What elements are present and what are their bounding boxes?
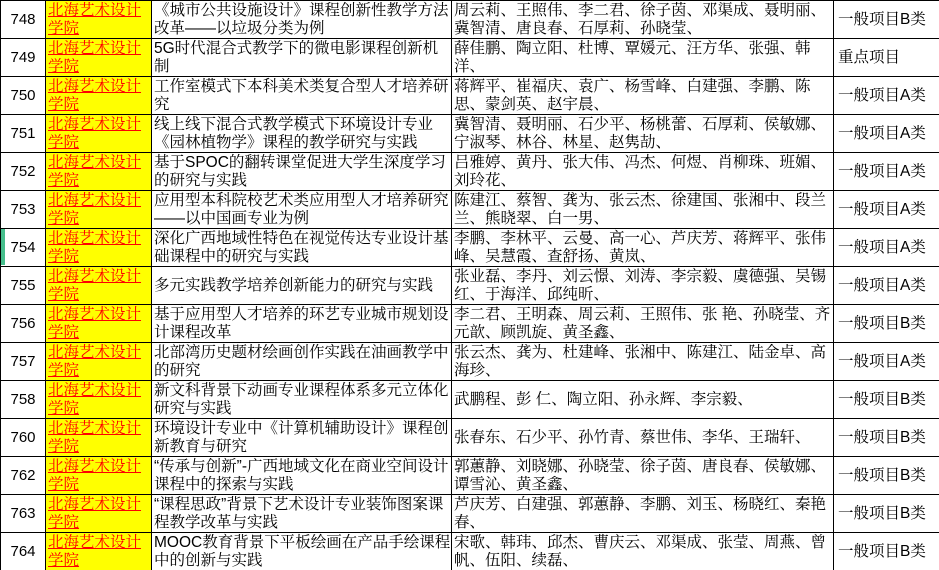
institution-name: 北海艺术设计学院 (48, 192, 151, 228)
team-members-cell[interactable]: 吕雅婷、黄丹、张大伟、冯杰、何煜、肖柳珠、班媚、刘玲花、 (452, 153, 834, 191)
row-number-cell[interactable]: 755 (1, 267, 46, 305)
project-category: 一般项目B类 (838, 391, 926, 409)
project-title-cell[interactable]: 基于应用型人才培养的环艺专业城市规划设计课程改革 (152, 305, 452, 343)
spreadsheet-view: 748北海艺术设计学院《城市公共设施设计》课程创新性教学方法改革——以垃圾分类为… (0, 0, 939, 570)
institution-cell[interactable]: 北海艺术设计学院 (46, 419, 152, 457)
institution-name: 北海艺术设计学院 (48, 534, 151, 570)
project-title-cell[interactable]: 《城市公共设施设计》课程创新性教学方法改革——以垃圾分类为例 (152, 1, 452, 39)
project-title: “传承与创新”-广西地域文化在商业空间设计课程中的探索与实践 (154, 458, 451, 494)
project-title-cell[interactable]: 应用型本科院校艺术类应用型人才培养研究——以中国画专业为例 (152, 191, 452, 229)
row-number-cell[interactable]: 756 (1, 305, 46, 343)
project-title-cell[interactable]: 5G时代混合式教学下的微电影课程创新机制 (152, 39, 452, 77)
project-title: 多元实践教学培养创新能力的研究与实践 (154, 277, 433, 295)
institution-name: 北海艺术设计学院 (48, 420, 151, 456)
project-title-cell[interactable]: “课程思政”背景下艺术设计专业装饰图案课程教学改革与实践 (152, 495, 452, 533)
team-members: 李鹏、李林平、云曼、高一心、芦庆芳、蒋辉平、张伟峰、吴慧霞、查舒扬、黄岚、 (454, 230, 833, 266)
institution-name: 北海艺术设计学院 (48, 344, 151, 380)
project-category: 一般项目B类 (838, 505, 926, 523)
project-category: 一般项目B类 (838, 429, 926, 447)
row-number: 760 (10, 429, 35, 447)
row-number-cell[interactable]: 748 (1, 1, 46, 39)
institution-name: 北海艺术设计学院 (48, 78, 151, 114)
institution-cell[interactable]: 北海艺术设计学院 (46, 1, 152, 39)
team-members: 武鹏程、彭 仁、陶立阳、孙永辉、李宗毅、 (454, 391, 753, 409)
row-number-cell[interactable]: 764 (1, 533, 46, 570)
institution-name: 北海艺术设计学院 (48, 458, 151, 494)
project-title-cell[interactable]: 基于SPOC的翻转课堂促进大学生深度学习的研究与实践 (152, 153, 452, 191)
row-number: 753 (10, 201, 35, 219)
project-category-cell[interactable]: 一般项目B类 (834, 1, 939, 39)
row-number-cell[interactable]: 760 (1, 419, 46, 457)
institution-cell[interactable]: 北海艺术设计学院 (46, 381, 152, 419)
institution-cell[interactable]: 北海艺术设计学院 (46, 533, 152, 570)
institution-cell[interactable]: 北海艺术设计学院 (46, 457, 152, 495)
institution-name: 北海艺术设计学院 (48, 382, 151, 418)
team-members-cell[interactable]: 薛佳鹏、陶立阳、杜博、覃媛元、汪方华、张强、韩洋、 (452, 39, 834, 77)
row-number-cell[interactable]: 751 (1, 115, 46, 153)
institution-name: 北海艺术设计学院 (48, 230, 151, 266)
institution-cell[interactable]: 北海艺术设计学院 (46, 343, 152, 381)
project-title: 深化广西地域性特色在视觉传达专业设计基础课程中的研究与实践 (154, 230, 451, 266)
project-title: 基于应用型人才培养的环艺专业城市规划设计课程改革 (154, 306, 451, 342)
project-category-cell[interactable]: 一般项目A类 (834, 229, 939, 267)
project-category-cell[interactable]: 一般项目A类 (834, 153, 939, 191)
project-title: 线上线下混合式教学模式下环境设计专业《园林植物学》课程的教学研究与实践 (154, 116, 451, 152)
project-title: 《城市公共设施设计》课程创新性教学方法改革——以垃圾分类为例 (154, 2, 451, 38)
project-category: 一般项目A类 (838, 87, 926, 105)
team-members-cell[interactable]: 张业磊、李丹、刘云憬、刘涛、李宗毅、虞德强、吴锡红、于海洋、邱纯昕、 (452, 267, 834, 305)
row-number-cell[interactable]: 753 (1, 191, 46, 229)
team-members: 张云杰、龚为、杜建峰、张湘中、陈建江、陆金卓、高海珍、 (454, 344, 833, 380)
team-members-cell[interactable]: 郭蕙静、刘晓娜、孙晓莹、徐子茵、唐良春、侯敏娜、谭雪沁、黄圣鑫、 (452, 457, 834, 495)
institution-cell[interactable]: 北海艺术设计学院 (46, 229, 152, 267)
team-members: 陈建江、蔡智、龚为、张云杰、徐建国、张湘中、段兰兰、熊晓翠、白一男、 (454, 192, 833, 228)
project-category-cell[interactable]: 一般项目A类 (834, 77, 939, 115)
team-members: 蒋辉平、崔福庆、袁广、杨雪峰、白建强、李鹏、陈思、蒙剑英、赵宇晨、 (454, 78, 833, 114)
row-number-cell[interactable]: 754 (1, 229, 46, 267)
project-category: 一般项目A类 (838, 239, 926, 257)
project-category-cell[interactable]: 一般项目A类 (834, 267, 939, 305)
row-number: 762 (10, 467, 35, 485)
team-members: 张业磊、李丹、刘云憬、刘涛、李宗毅、虞德强、吴锡红、于海洋、邱纯昕、 (454, 268, 833, 304)
project-category: 一般项目B类 (838, 467, 926, 485)
row-number: 758 (10, 391, 35, 409)
row-number: 756 (10, 315, 35, 333)
project-category-cell[interactable]: 一般项目B类 (834, 457, 939, 495)
row-number: 751 (10, 125, 35, 143)
row-number: 755 (10, 277, 35, 295)
team-members: 芦庆芳、白建强、郭蕙静、李鹏、刘玉、杨晓红、秦艳春、 (454, 496, 833, 532)
project-category-cell[interactable]: 一般项目A类 (834, 191, 939, 229)
team-members-cell[interactable]: 武鹏程、彭 仁、陶立阳、孙永辉、李宗毅、 (452, 381, 834, 419)
institution-cell[interactable]: 北海艺术设计学院 (46, 495, 152, 533)
row-number: 763 (10, 505, 35, 523)
team-members-cell[interactable]: 张云杰、龚为、杜建峰、张湘中、陈建江、陆金卓、高海珍、 (452, 343, 834, 381)
project-title-cell[interactable]: 新文科背景下动画专业课程体系多元立体化研究与实践 (152, 381, 452, 419)
project-category-cell[interactable]: 一般项目B类 (834, 419, 939, 457)
project-category: 一般项目B类 (838, 11, 926, 29)
project-category: 一般项目B类 (838, 543, 926, 561)
institution-name: 北海艺术设计学院 (48, 496, 151, 532)
institution-cell[interactable]: 北海艺术设计学院 (46, 305, 152, 343)
institution-name: 北海艺术设计学院 (48, 116, 151, 152)
project-title-cell[interactable]: 环境设计专业中《计算机辅助设计》课程创新教育与研究 (152, 419, 452, 457)
project-category: 重点项目 (838, 49, 900, 67)
institution-name: 北海艺术设计学院 (48, 40, 151, 76)
project-title-cell[interactable]: “传承与创新”-广西地域文化在商业空间设计课程中的探索与实践 (152, 457, 452, 495)
project-category-cell[interactable]: 一般项目B类 (834, 495, 939, 533)
institution-cell[interactable]: 北海艺术设计学院 (46, 115, 152, 153)
row-number: 749 (10, 49, 35, 67)
row-number: 764 (10, 543, 35, 561)
row-number-cell[interactable]: 762 (1, 457, 46, 495)
row-number-cell[interactable]: 763 (1, 495, 46, 533)
project-title-cell[interactable]: 多元实践教学培养创新能力的研究与实践 (152, 267, 452, 305)
team-members: 吕雅婷、黄丹、张大伟、冯杰、何煜、肖柳珠、班媚、刘玲花、 (454, 154, 833, 190)
project-title: 新文科背景下动画专业课程体系多元立体化研究与实践 (154, 382, 451, 418)
team-members-cell[interactable]: 李鹏、李林平、云曼、高一心、芦庆芳、蒋辉平、张伟峰、吴慧霞、查舒扬、黄岚、 (452, 229, 834, 267)
project-category: 一般项目A类 (838, 353, 926, 371)
project-title-cell[interactable]: 工作室模式下本科美术类复合型人才培养研究 (152, 77, 452, 115)
projects-table: 748北海艺术设计学院《城市公共设施设计》课程创新性教学方法改革——以垃圾分类为… (0, 1, 939, 570)
project-title: 工作室模式下本科美术类复合型人才培养研究 (154, 78, 451, 114)
active-row-marker (1, 229, 5, 265)
team-members: 薛佳鹏、陶立阳、杜博、覃媛元、汪方华、张强、韩洋、 (454, 40, 833, 76)
row-number: 754 (10, 239, 35, 257)
institution-cell[interactable]: 北海艺术设计学院 (46, 267, 152, 305)
project-category-cell[interactable]: 一般项目A类 (834, 343, 939, 381)
team-members: 周云莉、王照伟、李二君、徐子茵、邓渠成、聂明丽、冀智清、唐良春、石厚莉、孙晓莹、 (454, 2, 833, 38)
institution-name: 北海艺术设计学院 (48, 2, 151, 38)
team-members-cell[interactable]: 冀智清、聂明丽、石少平、杨桃蕾、石厚莉、侯敏娜、宁淑琴、林谷、林星、赵隽劼、 (452, 115, 834, 153)
row-number-cell[interactable]: 750 (1, 77, 46, 115)
institution-cell[interactable]: 北海艺术设计学院 (46, 39, 152, 77)
team-members: 李二君、王明森、周云莉、王照伟、张 艳、孙晓莹、齐元歆、顾凯旋、黄圣鑫、 (454, 306, 833, 342)
project-category: 一般项目A类 (838, 125, 926, 143)
project-category-cell[interactable]: 一般项目A类 (834, 115, 939, 153)
project-category-cell[interactable]: 一般项目B类 (834, 381, 939, 419)
project-category: 一般项目A类 (838, 201, 926, 219)
project-title-cell[interactable]: MOOC教育背景下平板绘画在产品手绘课程中的创新与实践 (152, 533, 452, 570)
institution-name: 北海艺术设计学院 (48, 154, 151, 190)
project-title: 5G时代混合式教学下的微电影课程创新机制 (154, 40, 451, 76)
project-title: MOOC教育背景下平板绘画在产品手绘课程中的创新与实践 (154, 534, 451, 570)
project-title: “课程思政”背景下艺术设计专业装饰图案课程教学改革与实践 (154, 496, 451, 532)
institution-cell[interactable]: 北海艺术设计学院 (46, 153, 152, 191)
team-members: 张春东、石少平、孙竹青、蔡世伟、李华、王瑞轩、 (454, 429, 811, 447)
institution-name: 北海艺术设计学院 (48, 268, 151, 304)
project-category: 一般项目A类 (838, 163, 926, 181)
row-number-cell[interactable]: 758 (1, 381, 46, 419)
team-members: 冀智清、聂明丽、石少平、杨桃蕾、石厚莉、侯敏娜、宁淑琴、林谷、林星、赵隽劼、 (454, 116, 833, 152)
row-number: 748 (10, 11, 35, 29)
team-members: 宋歌、韩玮、邱杰、曹庆云、邓渠成、张莹、周燕、曾帆、伍阳、续磊、 (454, 534, 833, 570)
team-members-cell[interactable]: 李二君、王明森、周云莉、王照伟、张 艳、孙晓莹、齐元歆、顾凯旋、黄圣鑫、 (452, 305, 834, 343)
row-number-cell[interactable]: 757 (1, 343, 46, 381)
project-title-cell[interactable]: 北部湾历史题材绘画创作实践在油画教学中的研究 (152, 343, 452, 381)
project-category: 一般项目A类 (838, 277, 926, 295)
team-members-cell[interactable]: 蒋辉平、崔福庆、袁广、杨雪峰、白建强、李鹏、陈思、蒙剑英、赵宇晨、 (452, 77, 834, 115)
team-members-cell[interactable]: 周云莉、王照伟、李二君、徐子茵、邓渠成、聂明丽、冀智清、唐良春、石厚莉、孙晓莹、 (452, 1, 834, 39)
row-number: 752 (10, 163, 35, 181)
team-members-cell[interactable]: 宋歌、韩玮、邱杰、曹庆云、邓渠成、张莹、周燕、曾帆、伍阳、续磊、 (452, 533, 834, 570)
project-title: 北部湾历史题材绘画创作实践在油画教学中的研究 (154, 344, 451, 380)
project-category: 一般项目B类 (838, 315, 926, 333)
row-number: 750 (10, 87, 35, 105)
project-category-cell[interactable]: 一般项目B类 (834, 305, 939, 343)
row-number-cell[interactable]: 749 (1, 39, 46, 77)
project-title: 基于SPOC的翻转课堂促进大学生深度学习的研究与实践 (154, 154, 451, 190)
team-members-cell[interactable]: 芦庆芳、白建强、郭蕙静、李鹏、刘玉、杨晓红、秦艳春、 (452, 495, 834, 533)
team-members-cell[interactable]: 张春东、石少平、孙竹青、蔡世伟、李华、王瑞轩、 (452, 419, 834, 457)
project-title: 环境设计专业中《计算机辅助设计》课程创新教育与研究 (154, 420, 451, 456)
team-members: 郭蕙静、刘晓娜、孙晓莹、徐子茵、唐良春、侯敏娜、谭雪沁、黄圣鑫、 (454, 458, 833, 494)
project-category-cell[interactable]: 一般项目B类 (834, 533, 939, 570)
project-title-cell[interactable]: 线上线下混合式教学模式下环境设计专业《园林植物学》课程的教学研究与实践 (152, 115, 452, 153)
institution-name: 北海艺术设计学院 (48, 306, 151, 342)
project-title-cell[interactable]: 深化广西地域性特色在视觉传达专业设计基础课程中的研究与实践 (152, 229, 452, 267)
institution-cell[interactable]: 北海艺术设计学院 (46, 191, 152, 229)
institution-cell[interactable]: 北海艺术设计学院 (46, 77, 152, 115)
project-category-cell[interactable]: 重点项目 (834, 39, 939, 77)
row-number-cell[interactable]: 752 (1, 153, 46, 191)
row-number: 757 (10, 353, 35, 371)
team-members-cell[interactable]: 陈建江、蔡智、龚为、张云杰、徐建国、张湘中、段兰兰、熊晓翠、白一男、 (452, 191, 834, 229)
project-title: 应用型本科院校艺术类应用型人才培养研究——以中国画专业为例 (154, 192, 451, 228)
